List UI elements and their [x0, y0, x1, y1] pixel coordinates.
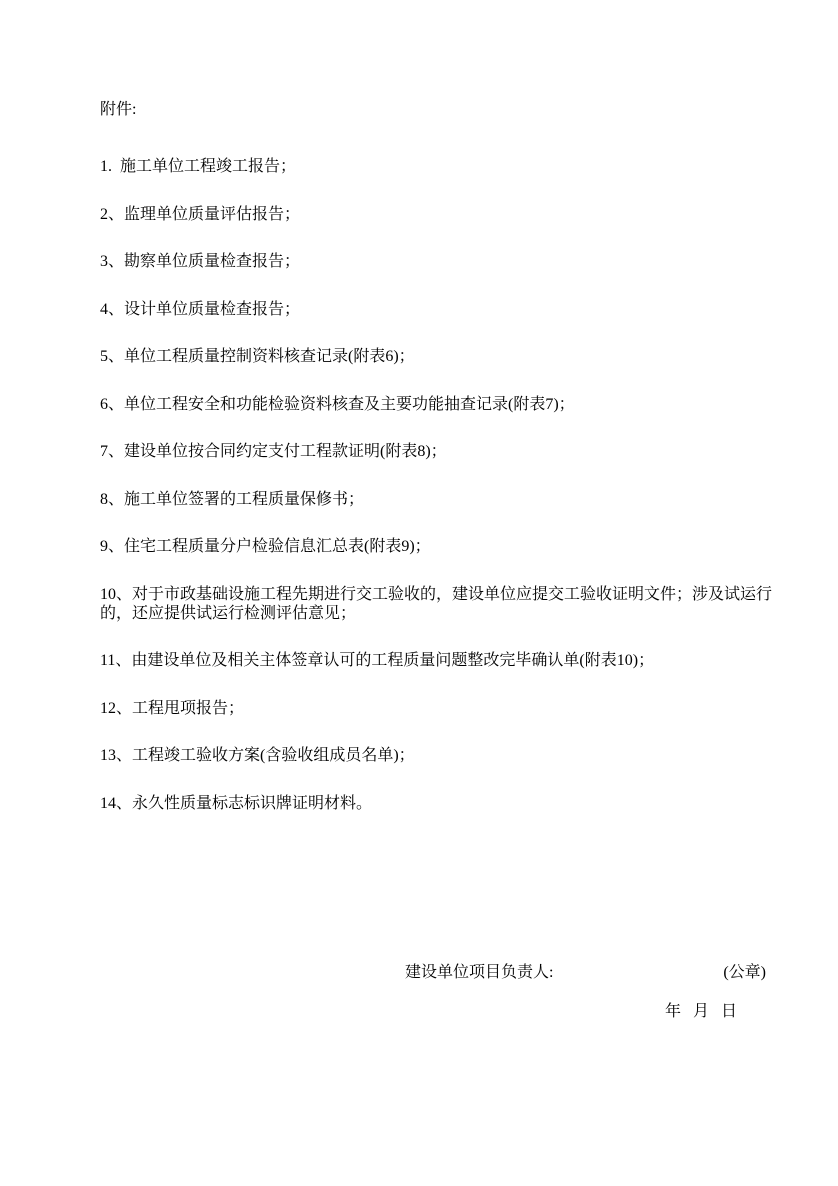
attachment-item-10: 10、对于市政基础设施工程先期进行交工验收的，建设单位应提交工验收证明文件；涉及… [100, 585, 776, 623]
attachment-item-9: 9、住宅工程质量分户检验信息汇总表(附表9)； [100, 537, 776, 556]
attachment-item-7: 7、建设单位按合同约定支付工程款证明(附表8)； [100, 442, 776, 461]
document-page: 附件: 1. 施工单位工程竣工报告； 2、监理单位质量评估报告； 3、勘察单位质… [0, 0, 838, 1186]
attachment-list: 附件: 1. 施工单位工程竣工报告； 2、监理单位质量评估报告； 3、勘察单位质… [100, 100, 776, 841]
attachment-item-2: 2、监理单位质量评估报告； [100, 205, 776, 224]
signature-label: 建设单位项目负责人: [405, 963, 553, 982]
attachment-item-1: 1. 施工单位工程竣工报告； [100, 157, 776, 176]
attachment-item-11: 11、由建设单位及相关主体签章认可的工程质量问题整改完毕确认单(附表10)； [100, 651, 776, 670]
seal-placeholder: (公章) [723, 963, 766, 982]
signature-row: 建设单位项目负责人: (公章) [405, 963, 766, 982]
attachment-item-13: 13、工程竣工验收方案(含验收组成员名单)； [100, 746, 776, 765]
attachment-item-6: 6、单位工程安全和功能检验资料核查及主要功能抽查记录(附表7)； [100, 395, 776, 414]
date-line: 年 月 日 [665, 1002, 737, 1021]
attachment-item-5: 5、单位工程质量控制资料核查记录(附表6)； [100, 347, 776, 366]
attachment-item-14: 14、永久性质量标志标识牌证明材料。 [100, 794, 776, 813]
attachment-item-12: 12、工程甩项报告； [100, 699, 776, 718]
attachment-item-8: 8、施工单位签署的工程质量保修书； [100, 490, 776, 509]
attachments-heading: 附件: [100, 100, 776, 119]
attachment-item-3: 3、勘察单位质量检查报告； [100, 252, 776, 271]
attachment-item-4: 4、设计单位质量检查报告； [100, 300, 776, 319]
